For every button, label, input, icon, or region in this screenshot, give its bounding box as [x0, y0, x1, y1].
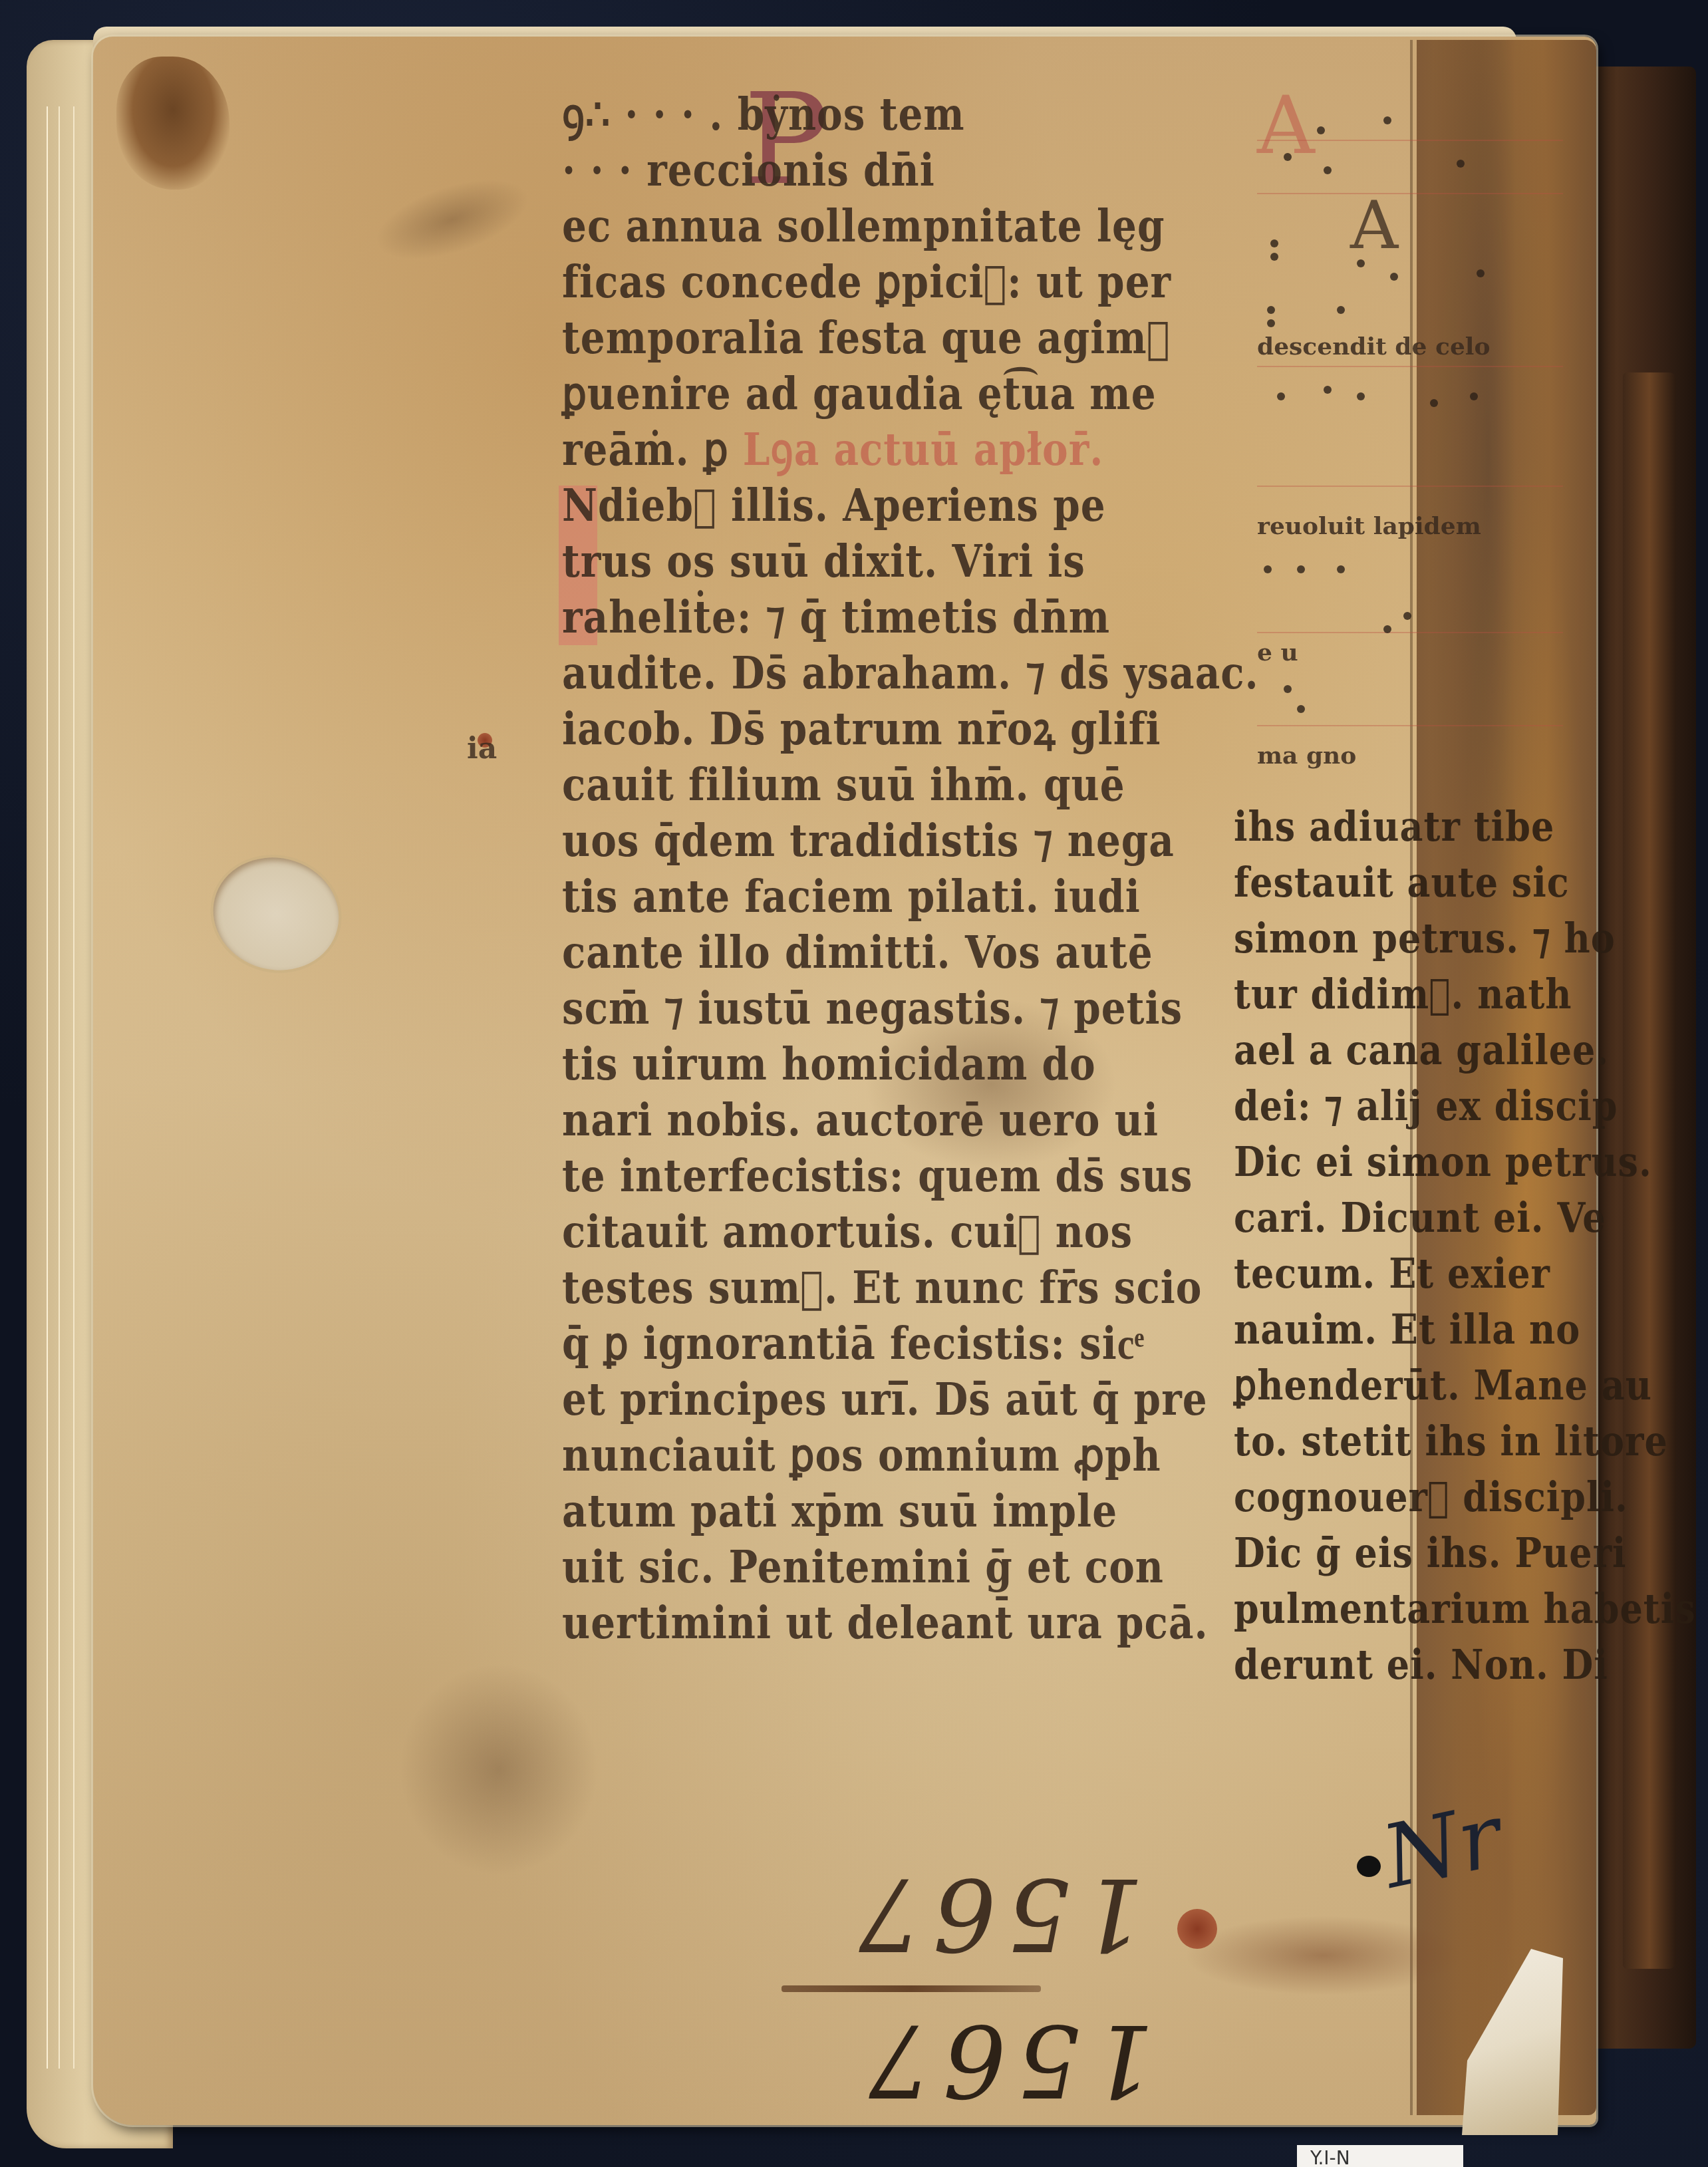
- text-line: uertimini ut deleant̄ ura pcā.: [562, 1591, 1147, 1656]
- rust-stain: [1184, 1916, 1463, 1995]
- faded-stain: [399, 1663, 599, 1876]
- lyric-line: ma gno: [1257, 742, 1356, 770]
- neume: [1267, 319, 1275, 327]
- text-line: to. stetit ihs in litore: [1234, 1409, 1580, 1473]
- neume: [1390, 273, 1398, 281]
- text-line: Ndieb᷒ illis. Aperiens pe: [562, 474, 1147, 538]
- text-line: uos q̄dem tradidistis ⁊ nega: [562, 809, 1147, 873]
- staff-line: [1257, 366, 1563, 367]
- neume: [1324, 386, 1332, 394]
- neume: [1267, 306, 1275, 314]
- neume: [1430, 399, 1438, 407]
- neume: [1297, 705, 1305, 713]
- corner-stain: [116, 57, 229, 190]
- neume: [1284, 685, 1292, 693]
- text-line: scm̄ ⁊ iustū negastis. ⁊ petis: [562, 976, 1147, 1041]
- neume: [1270, 239, 1278, 247]
- lyric-line: descendit de celo: [1257, 333, 1490, 361]
- neume: [1470, 392, 1478, 400]
- text-line: raheliṫe: ⁊ q̄ timetis dn̄m: [562, 585, 1147, 650]
- catalog-label-tag: Y.I-N: [1297, 2145, 1463, 2167]
- neume: [1357, 392, 1365, 400]
- text-line: citauit amortuis. cui᷒ nos: [562, 1200, 1147, 1264]
- neume: [1403, 612, 1411, 620]
- text-line: audite. Ds̄ abraham. ⁊ ds̄ ysaac.: [562, 641, 1147, 706]
- ink-rule-line: [782, 1985, 1041, 1992]
- margin-note: ia: [467, 732, 497, 766]
- text-line: nauim. Et illa no: [1234, 1297, 1580, 1362]
- text-line: tis uirum homicidam do: [562, 1032, 1147, 1097]
- text-line: ꝑuenire ad gaudia ęt͡ua me: [562, 362, 1147, 426]
- neume: [1264, 565, 1272, 573]
- text-line: atum pati xp̄m suū imple: [562, 1479, 1147, 1544]
- neume: [1477, 269, 1485, 277]
- text-line: te interfecistis: quem ds̄ sus: [562, 1144, 1147, 1209]
- text-line: pulmentarium habetis: [1234, 1576, 1580, 1641]
- text-line: ficas concede ꝑpici᷑: ut per: [562, 250, 1147, 315]
- text-line: cante illo dimitti. Vos autē: [562, 921, 1147, 985]
- red-wax-dot: [1177, 1909, 1217, 1949]
- text-line: et principes uri̅. Ds̄ aūt q̄ pre: [562, 1368, 1147, 1432]
- neume: [1270, 253, 1278, 261]
- neume: [1357, 259, 1365, 267]
- text-line: ꝑhenderūt. Mane au: [1234, 1353, 1580, 1417]
- rubric: Lꝯa actuū apłor̄.: [743, 424, 1104, 476]
- shelf-number-lower: 1567: [858, 2002, 1155, 2118]
- text-line: trus os suū dixit. Viri is: [562, 529, 1147, 594]
- text-line: temporalia festa que agim᷒: [562, 306, 1147, 370]
- text-line: ꝯ∴ · · · . bẏnos tem: [562, 82, 1147, 147]
- text-line: nunciauit ꝑos omnium ꝓph: [562, 1423, 1147, 1488]
- text-fragment: reāṁ. ꝑ: [562, 424, 729, 476]
- neume: [1277, 392, 1285, 400]
- text-line: ec annua sollempnitate lęg: [562, 194, 1147, 259]
- text-line: tis ante faciem pilati. iudi: [562, 865, 1147, 929]
- text-line: cari. Dicunt ei. Ve: [1234, 1185, 1580, 1250]
- neume: [1337, 306, 1345, 314]
- text-line: ihs adiuatr tibe: [1234, 794, 1580, 859]
- text-column-b: ihs adiuatr tibe festauit aute sic simon…: [1234, 798, 1580, 1692]
- lyric-line: e u: [1257, 639, 1298, 666]
- text-line: tur didim᷒. nath: [1234, 962, 1580, 1026]
- text-line: iacob. Ds̄ patrum nr̄oꝝ glifi: [562, 697, 1147, 762]
- text-line: cognouer᷒ discipli.: [1234, 1465, 1580, 1529]
- staff-line: [1257, 193, 1563, 194]
- text-line: nari nobis. auctorē uero ui: [562, 1088, 1147, 1153]
- text-line: festauit aute sic: [1234, 850, 1580, 915]
- lyric-line: reuoluit lapidem: [1257, 512, 1481, 540]
- text-line: Dic ei simon petrus.: [1234, 1129, 1580, 1194]
- neume: [1317, 126, 1325, 134]
- text-line: tecum. Et exier: [1234, 1241, 1580, 1306]
- text-line: · · · reccionis dn̄i: [562, 138, 1147, 203]
- neume: [1284, 153, 1292, 161]
- neume: [1297, 565, 1305, 573]
- text-line: testes sum᷒. Et nunc fr̄s scio: [562, 1256, 1147, 1320]
- staff-line: [1257, 632, 1563, 633]
- text-line: Dic ḡ eis ihs. Pueri: [1234, 1520, 1580, 1585]
- shelf-number-upper: 1567: [848, 1856, 1145, 1971]
- text-line-with-rubric: reāṁ. ꝑ Lꝯa actuū apłor̄.: [562, 418, 1147, 482]
- staff-line: [1257, 486, 1563, 487]
- text-line: derunt ei. Non. Di: [1234, 1632, 1580, 1697]
- text-line: q̄ ꝑ ignorantiā fecistis: sicͤ: [562, 1312, 1147, 1376]
- text-line: dei: ⁊ alij ex discip: [1234, 1074, 1580, 1138]
- black-initial-a: A: [1350, 186, 1398, 264]
- text-line: uit sic. Penitemini ḡ et con: [562, 1535, 1147, 1600]
- neume: [1457, 160, 1465, 168]
- ink-blot: [1357, 1856, 1381, 1877]
- text-column-a: ꝯ∴ · · · . bẏnos tem · · · reccionis dn̄…: [562, 86, 1147, 1651]
- neume: [1337, 565, 1345, 573]
- music-notation-block: A A descendit de celo reuoluit lapidem e…: [1257, 86, 1576, 778]
- neume: [1324, 166, 1332, 174]
- staff-line: [1257, 140, 1563, 141]
- text-line: simon petrus. ⁊ ho: [1234, 906, 1580, 970]
- neume: [1383, 625, 1391, 633]
- text-line: cauit filium suū ihm̄. quē: [562, 753, 1147, 817]
- text-line: ael a cana galilee.: [1234, 1018, 1580, 1082]
- neume: [1383, 116, 1391, 124]
- staff-line: [1257, 725, 1563, 726]
